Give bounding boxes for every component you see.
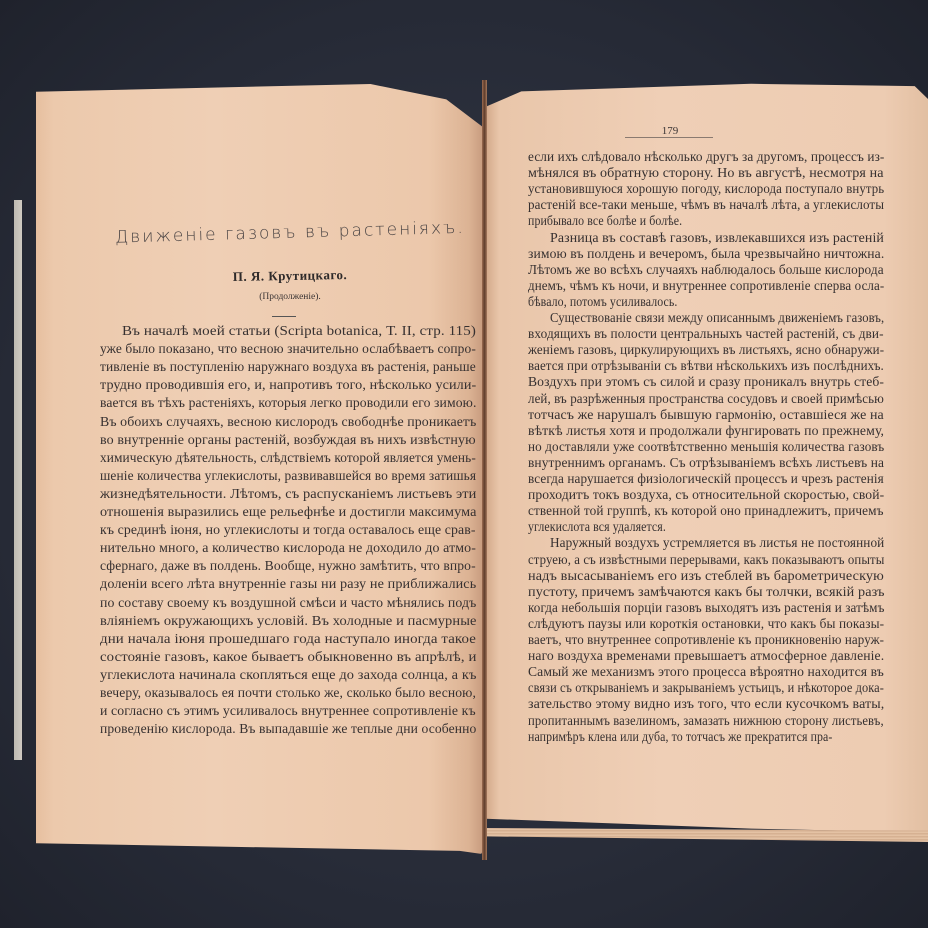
title-divider: [272, 316, 296, 317]
page-edge-stack: [14, 200, 22, 760]
page-number-rule: [625, 137, 713, 138]
continuation-note: (Продолженiе).: [100, 292, 480, 302]
book-gutter: [482, 80, 487, 860]
page-number: 179: [655, 125, 685, 137]
